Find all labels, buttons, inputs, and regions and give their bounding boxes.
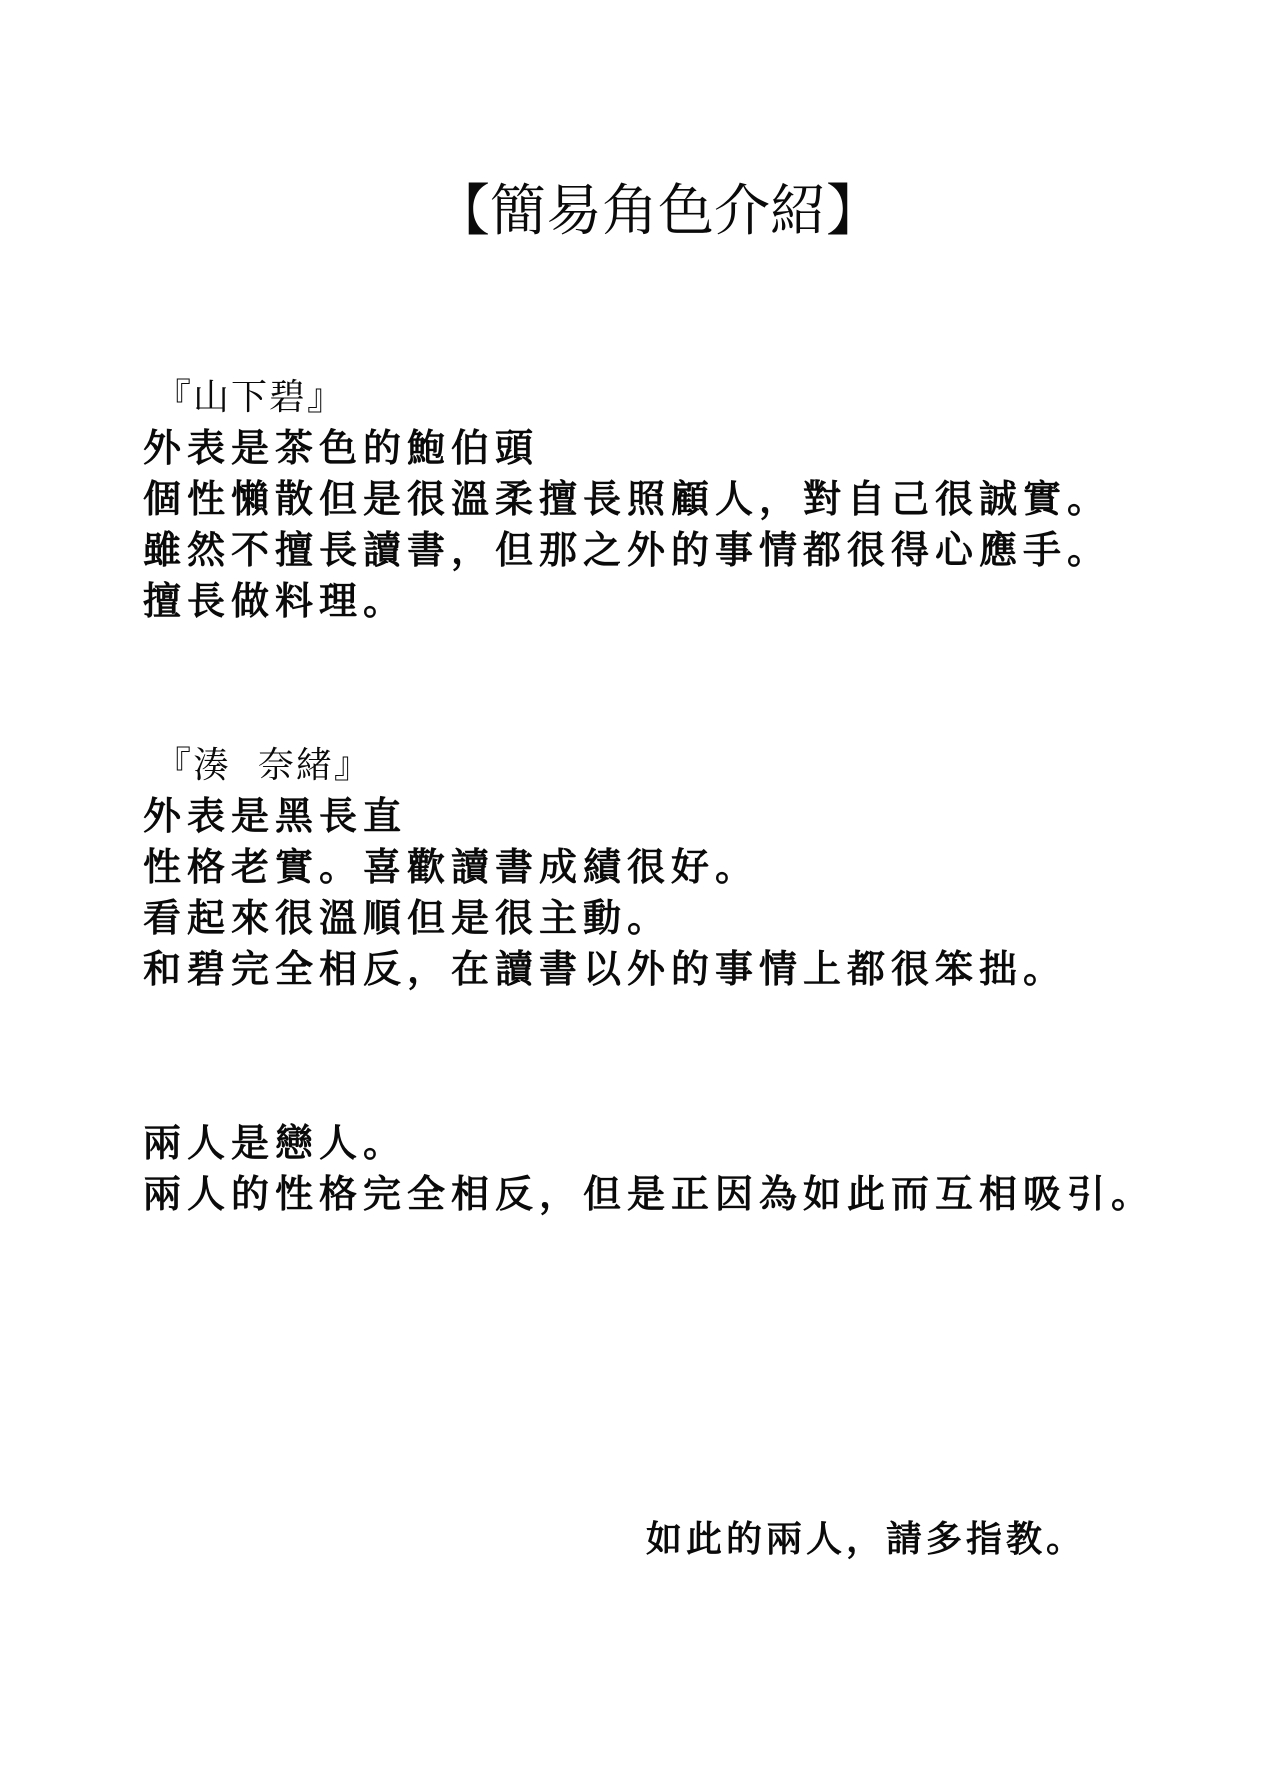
character-description-line: 擅長做料理。 [143, 576, 1111, 627]
character-description-line: 看起來很溫順但是很主動。 [143, 893, 1067, 944]
character-name: 『山下碧』 [155, 372, 1111, 423]
character-section-minato-nao: 『湊 奈緒』 外表是黑長直 性格老實。喜歡讀書成績很好。 看起來很溫順但是很主動… [143, 740, 1067, 995]
closing-remark: 如此的兩人，請多指教。 [646, 1514, 1086, 1565]
page-title: 【簡易角色介紹】 [0, 172, 1280, 252]
character-description-line: 雖然不擅長讀書，但那之外的事情都很得心應手。 [143, 525, 1111, 576]
relationship-line: 兩人是戀人。 [143, 1118, 1155, 1169]
character-description-line: 外表是黑長直 [143, 791, 1067, 842]
character-name: 『湊 奈緒』 [155, 740, 1067, 791]
relationship-line: 兩人的性格完全相反，但是正因為如此而互相吸引。 [143, 1169, 1155, 1220]
character-description-line: 和碧完全相反，在讀書以外的事情上都很笨拙。 [143, 944, 1067, 995]
character-description-line: 性格老實。喜歡讀書成績很好。 [143, 842, 1067, 893]
character-section-yamashita-aoi: 『山下碧』 外表是茶色的鮑伯頭 個性懶散但是很溫柔擅長照顧人，對自己很誠實。 雖… [143, 372, 1111, 627]
character-description-line: 個性懶散但是很溫柔擅長照顧人，對自己很誠實。 [143, 474, 1111, 525]
character-description-line: 外表是茶色的鮑伯頭 [143, 423, 1111, 474]
relationship-section: 兩人是戀人。 兩人的性格完全相反，但是正因為如此而互相吸引。 [143, 1118, 1155, 1220]
